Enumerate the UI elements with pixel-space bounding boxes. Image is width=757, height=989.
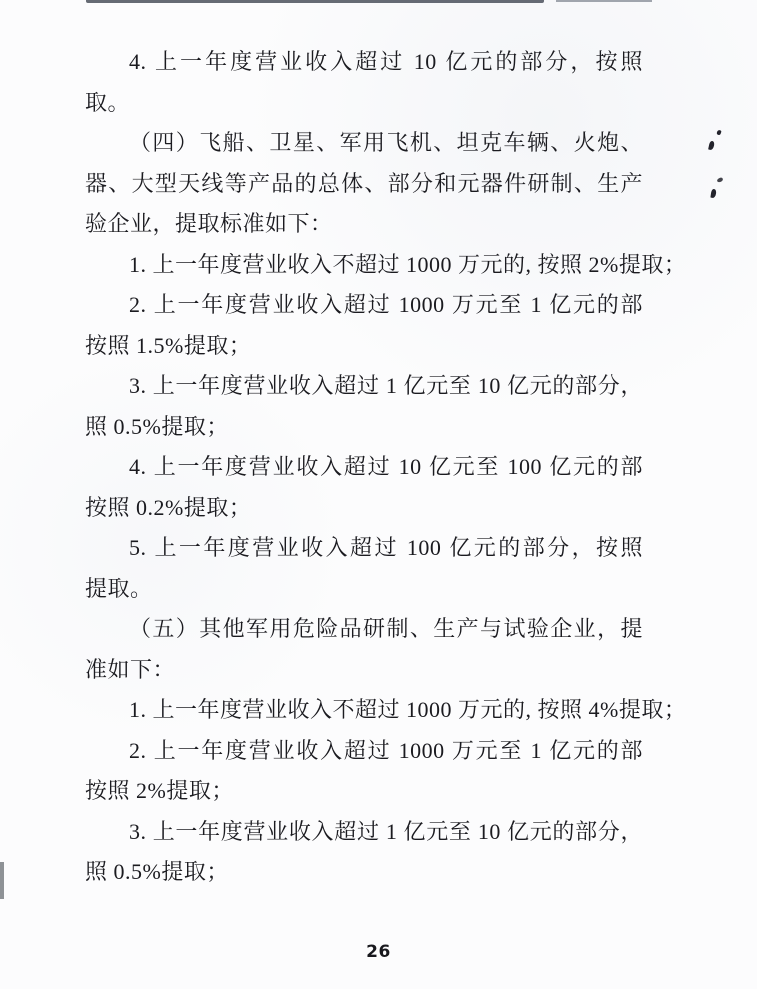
text-line: （五）其他军用危险品研制、生产与试验企业，提取标 xyxy=(85,609,643,650)
text-line: 器、大型天线等产品的总体、部分和元器件研制、生产与试 xyxy=(85,164,643,205)
text-line: （四）飞船、卫星、军用飞机、坦克车辆、火炮、轻武 xyxy=(85,123,643,164)
text-line: 照 0.5%提取； xyxy=(85,852,643,893)
document-body-text: 4. 上一年度营业收入超过 10 亿元的部分，按照 0.4%提 取。 （四）飞船… xyxy=(85,42,643,893)
text-line: 3. 上一年度营业收入超过 1 亿元至 10 亿元的部分，按 xyxy=(85,812,643,853)
text-line: 3. 上一年度营业收入超过 1 亿元至 10 亿元的部分，按 xyxy=(85,366,643,407)
scan-artifact-left-edge-strip xyxy=(0,862,4,899)
ink-mark xyxy=(710,189,716,199)
text-line: 照 0.5%提取； xyxy=(85,407,643,448)
text-line: 1. 上一年度营业收入不超过 1000 万元的, 按照 4%提取； xyxy=(85,690,643,731)
text-line: 准如下： xyxy=(85,650,643,691)
text-line: 按照 0.2%提取； xyxy=(85,488,643,529)
page-number: 26 xyxy=(0,942,757,962)
text-line: 提取。 xyxy=(85,569,643,610)
scanned-document-page: 4. 上一年度营业收入超过 10 亿元的部分，按照 0.4%提 取。 （四）飞船… xyxy=(0,0,757,989)
text-line: 取。 xyxy=(85,83,643,124)
text-line: 4. 上一年度营业收入超过 10 亿元的部分，按照 0.4%提 xyxy=(85,42,643,83)
text-line: 按照 2%提取； xyxy=(85,771,643,812)
ink-mark xyxy=(708,141,715,151)
text-line: 2. 上一年度营业收入超过 1000 万元至 1 亿元的部分， xyxy=(85,731,643,772)
text-line: 4. 上一年度营业收入超过 10 亿元至 100 亿元的部分， xyxy=(85,447,643,488)
text-line: 1. 上一年度营业收入不超过 1000 万元的, 按照 2%提取； xyxy=(85,245,643,286)
text-line: 5. 上一年度营业收入超过 100 亿元的部分，按照 0.1% xyxy=(85,528,643,569)
scan-artifact-top-edge-line xyxy=(86,0,544,3)
text-line: 验企业，提取标准如下： xyxy=(85,204,643,245)
text-line: 按照 1.5%提取； xyxy=(85,326,643,367)
ink-mark xyxy=(716,177,723,183)
scan-artifact-top-edge-line-fragment xyxy=(556,0,652,2)
text-line: 2. 上一年度营业收入超过 1000 万元至 1 亿元的部分， xyxy=(85,285,643,326)
ink-mark xyxy=(716,129,721,135)
